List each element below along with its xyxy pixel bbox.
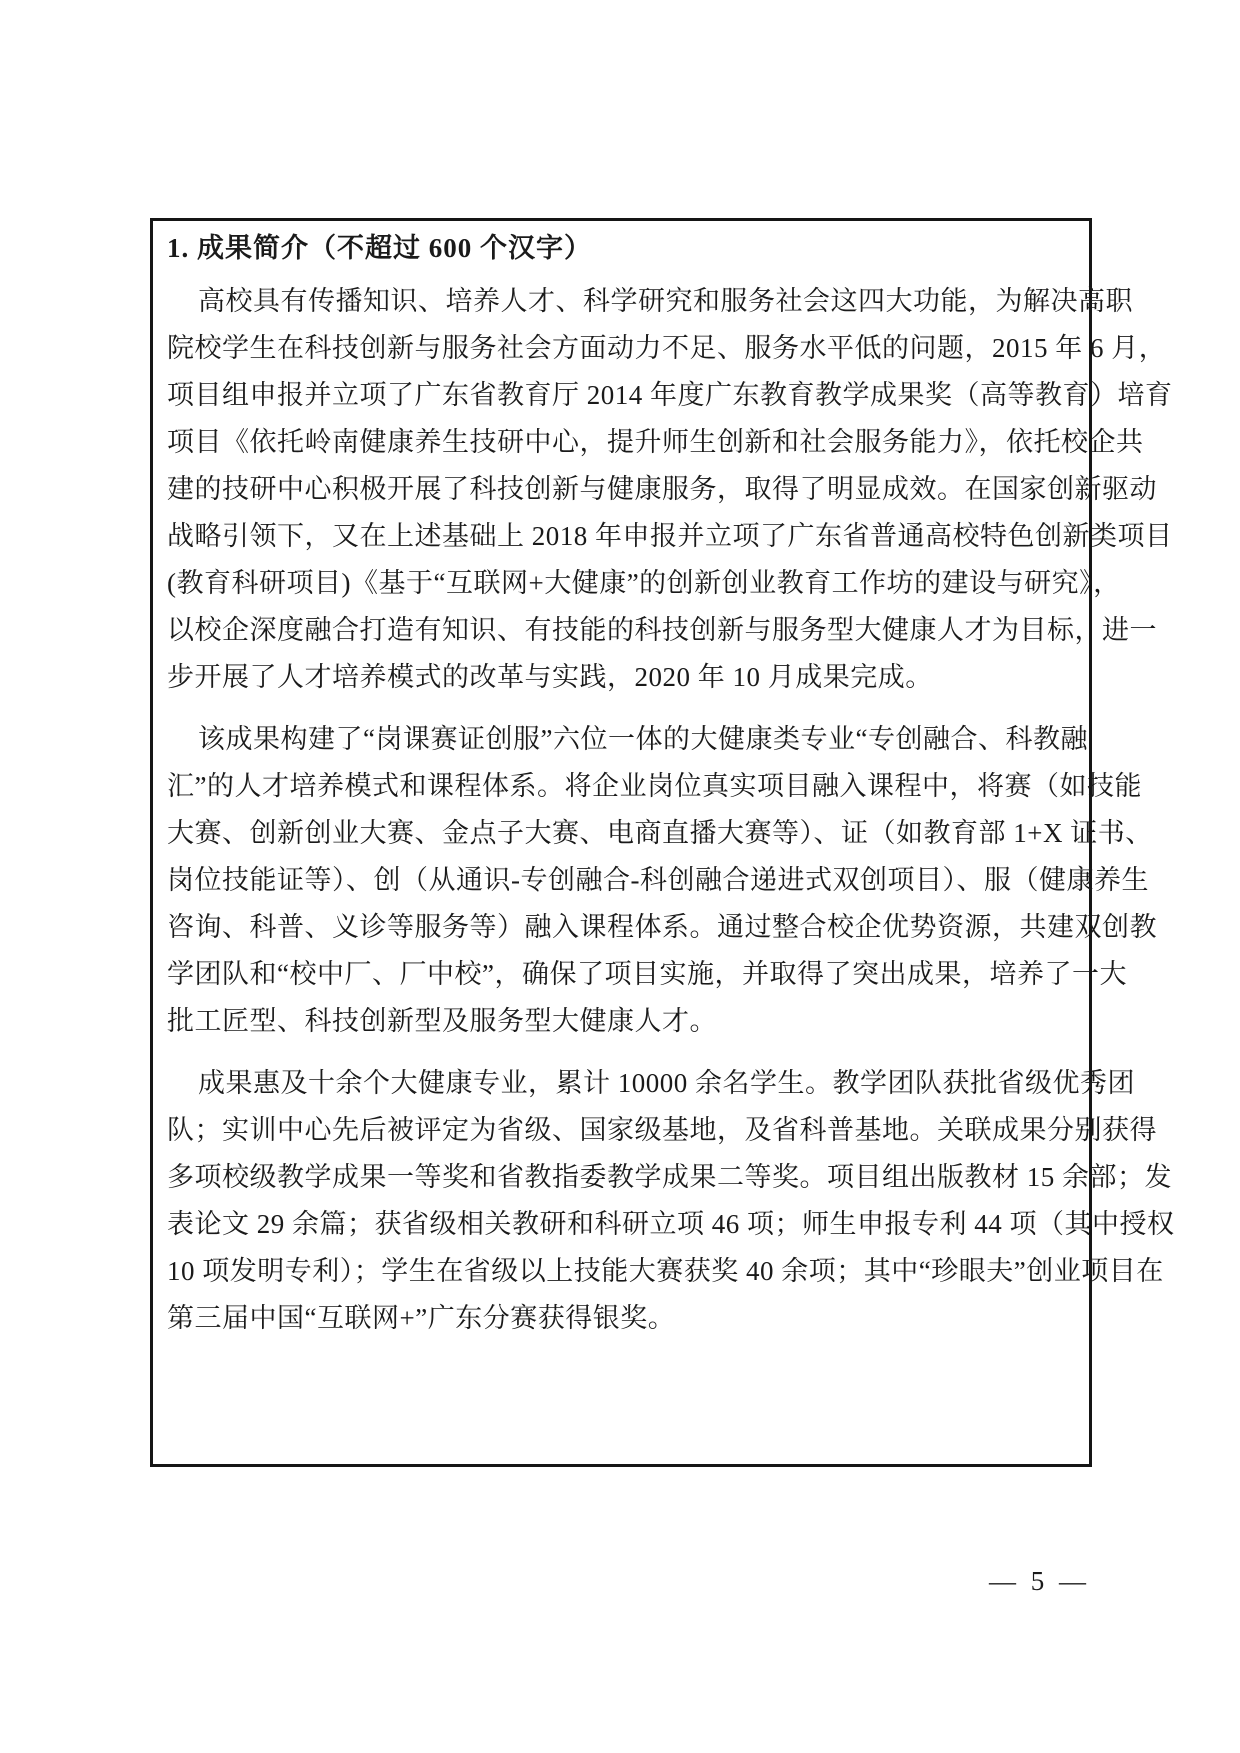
paragraph-line: 学团队和“校中厂、厂中校”，确保了项目实施，并取得了突出成果，培养了一大 bbox=[167, 951, 1075, 998]
paragraph-line: 表论文 29 余篇；获省级相关教研和科研立项 46 项；师生申报专利 44 项（… bbox=[167, 1201, 1075, 1248]
paragraph-2: 该成果构建了“岗课赛证创服”六位一体的大健康类专业“专创融合、科教融 汇”的人才… bbox=[167, 716, 1075, 1045]
page-number: — 5 — bbox=[989, 1566, 1090, 1597]
paragraph-line: 汇”的人才培养模式和课程体系。将企业岗位真实项目融入课程中，将赛（如技能 bbox=[167, 763, 1075, 810]
document-page: 1. 成果简介（不超过 600 个汉字） 高校具有传播知识、培养人才、科学研究和… bbox=[0, 0, 1240, 1753]
section-title: 1. 成果简介（不超过 600 个汉字） bbox=[167, 226, 1075, 270]
paragraph-line: 批工匠型、科技创新型及服务型大健康人才。 bbox=[167, 998, 1075, 1045]
paragraph-line: 高校具有传播知识、培养人才、科学研究和服务社会这四大功能，为解决高职 bbox=[167, 278, 1075, 325]
paragraph-line: 院校学生在科技创新与服务社会方面动力不足、服务水平低的问题，2015 年 6 月… bbox=[167, 325, 1075, 372]
paragraph-line: 咨询、科普、义诊等服务等）融入课程体系。通过整合校企优势资源，共建双创教 bbox=[167, 904, 1075, 951]
paragraph-1: 高校具有传播知识、培养人才、科学研究和服务社会这四大功能，为解决高职 院校学生在… bbox=[167, 278, 1075, 701]
paragraph-line: 多项校级教学成果一等奖和省教指委教学成果二等奖。项目组出版教材 15 余部；发 bbox=[167, 1154, 1075, 1201]
paragraph-line: (教育科研项目)《基于“互联网+大健康”的创新创业教育工作坊的建设与研究》， bbox=[167, 560, 1075, 607]
paragraph-line: 成果惠及十余个大健康专业，累计 10000 余名学生。教学团队获批省级优秀团 bbox=[167, 1060, 1075, 1107]
paragraph-line: 第三届中国“互联网+”广东分赛获得银奖。 bbox=[167, 1295, 1075, 1342]
paragraph-line: 大赛、创新创业大赛、金点子大赛、电商直播大赛等）、证（如教育部 1+X 证书、 bbox=[167, 810, 1075, 857]
paragraph-line: 岗位技能证等）、创（从通识-专创融合-科创融合递进式双创项目）、服（健康养生 bbox=[167, 857, 1075, 904]
paragraph-line: 队；实训中心先后被评定为省级、国家级基地，及省科普基地。关联成果分别获得 bbox=[167, 1107, 1075, 1154]
summary-box: 1. 成果简介（不超过 600 个汉字） 高校具有传播知识、培养人才、科学研究和… bbox=[150, 218, 1092, 1467]
paragraph-line: 该成果构建了“岗课赛证创服”六位一体的大健康类专业“专创融合、科教融 bbox=[167, 716, 1075, 763]
paragraph-line: 步开展了人才培养模式的改革与实践，2020 年 10 月成果完成。 bbox=[167, 654, 1075, 701]
paragraph-line: 项目组申报并立项了广东省教育厅 2014 年度广东教育教学成果奖（高等教育）培育 bbox=[167, 372, 1075, 419]
paragraph-line: 战略引领下，又在上述基础上 2018 年申报并立项了广东省普通高校特色创新类项目 bbox=[167, 513, 1075, 560]
paragraph-3: 成果惠及十余个大健康专业，累计 10000 余名学生。教学团队获批省级优秀团 队… bbox=[167, 1060, 1075, 1342]
paragraph-line: 项目《依托岭南健康养生技研中心，提升师生创新和社会服务能力》，依托校企共 bbox=[167, 419, 1075, 466]
paragraph-line: 10 项发明专利）；学生在省级以上技能大赛获奖 40 余项；其中“珍眼夫”创业项… bbox=[167, 1248, 1075, 1295]
paragraph-line: 建的技研中心积极开展了科技创新与健康服务，取得了明显成效。在国家创新驱动 bbox=[167, 466, 1075, 513]
paragraph-line: 以校企深度融合打造有知识、有技能的科技创新与服务型大健康人才为目标，进一 bbox=[167, 607, 1075, 654]
